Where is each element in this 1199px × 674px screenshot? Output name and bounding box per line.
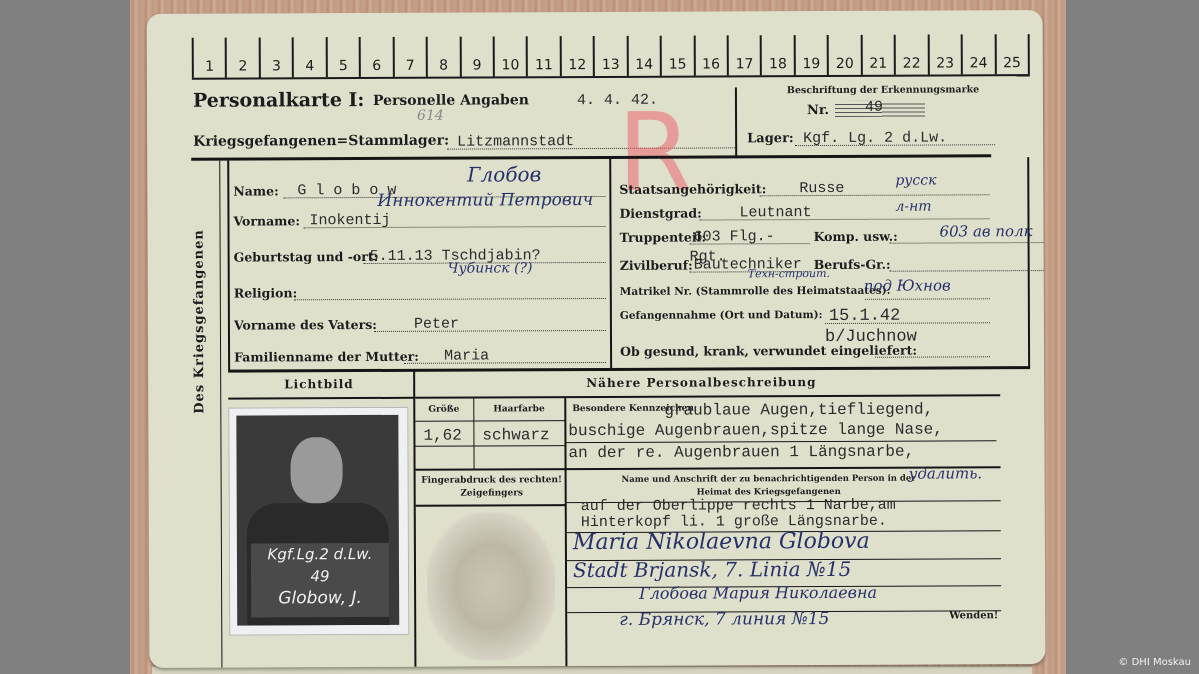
left-field-handwritten: Чубинск (?) — [448, 260, 533, 276]
left-field-label: Religion: — [234, 285, 297, 300]
left-field-value-line: Peter — [374, 312, 606, 332]
number-cell: 23 — [927, 34, 961, 74]
left-field-value: Peter — [414, 316, 459, 333]
tag-lager-value: Kgf. Lg. 2 d.Lw. — [803, 129, 947, 147]
photo-name-sign: Kgf.Lg.2 d.Lw. 49 Globow, J. — [251, 543, 389, 618]
card-title: Personalkarte I: — [193, 89, 365, 112]
left-field-value: Inokentij — [309, 212, 390, 229]
height-label: Größe — [428, 405, 459, 415]
fingerprint-label: Fingerabdruck des rechten! Zeigefingers — [421, 474, 563, 501]
right-field-label: Ob gesund, krank, verwundet eingeliefert… — [620, 343, 917, 359]
card-subtitle: Personelle Angaben — [373, 92, 529, 109]
number-cell: 24 — [961, 34, 995, 74]
number-cell: 4 — [292, 37, 326, 77]
image-credit: © DHI Moskau — [1118, 657, 1191, 668]
left-field-label: Vorname: — [233, 213, 300, 228]
prisoner-photo: Kgf.Lg.2 d.Lw. 49 Globow, J. — [228, 407, 409, 636]
right-field-handwritten: русск — [895, 173, 936, 189]
tag-header: Beschriftung der Erkennungsmarke — [787, 84, 979, 96]
sign-line-3: Globow, J. — [251, 587, 389, 610]
left-field-value: Maria — [444, 347, 489, 364]
description-header: Nähere Personalbeschreibung — [586, 375, 816, 390]
section-rule — [228, 366, 1030, 372]
height-col-rule — [473, 399, 474, 469]
right-field-value-line — [875, 338, 990, 358]
number-cell: 15 — [660, 36, 694, 76]
left-field-label: Name: — [233, 183, 278, 198]
tag-lager-label: Lager: — [747, 131, 794, 146]
hair-label: Haarfarbe — [493, 404, 544, 414]
number-cell: 22 — [894, 35, 928, 75]
right-field-handwritten: под Юхнов — [864, 276, 951, 294]
number-cell: 17 — [727, 35, 761, 75]
contact-line-3: Глобова Мария Николаевна — [639, 583, 877, 603]
right-field-value: Leutnant — [739, 204, 811, 221]
turn-over-note: Wenden! — [949, 610, 998, 621]
number-cell: 10 — [493, 36, 527, 76]
camp-field: Litzmannstadt — [447, 129, 737, 149]
table-row-rule — [415, 445, 565, 447]
contact-handwritten-note: удалить. — [909, 464, 983, 482]
number-cell: 14 — [626, 36, 660, 76]
right-field-handwritten: Техн-строит. — [748, 267, 830, 280]
right-field-label-secondary: Komp. usw.: — [814, 229, 898, 244]
photo-header-rule — [228, 397, 414, 400]
sign-line-2: 49 — [251, 565, 389, 588]
right-field-label: Staatsangehörigkeit: — [619, 181, 766, 197]
right-field-value-line: 15.1.42 b/Juchnow — [825, 304, 990, 324]
side-label: Des Kriegsgefangenen — [192, 229, 208, 414]
number-cell: 3 — [259, 37, 293, 77]
tag-nr-value: 49 — [865, 99, 883, 116]
left-field-value-line — [294, 280, 606, 300]
number-cell: 19 — [794, 35, 828, 75]
contact-line-2: Stadt Brjansk, 7. Linia №15 — [573, 557, 851, 582]
left-field-handwritten: Глобов — [467, 162, 541, 186]
right-field-label: Zivilberuf: — [620, 258, 693, 273]
right-field-handwritten: 603 ав полк — [939, 222, 1032, 240]
photo-right-rule — [413, 371, 416, 667]
table-header-rule — [415, 420, 565, 422]
pencil-note: 614 — [417, 108, 444, 124]
fingerprint-rule — [416, 504, 566, 507]
left-box-rule — [227, 161, 230, 371]
hair-value: schwarz — [482, 426, 549, 444]
number-cell: 21 — [860, 35, 894, 75]
number-cell: 5 — [325, 37, 359, 77]
fingerprint-impression — [427, 512, 556, 661]
left-field-value-line: Inokentij — [303, 208, 605, 228]
left-field-label: Vorname des Vaters: — [234, 317, 377, 333]
personnel-card: 1234567891011121314151617181920212223242… — [147, 10, 1046, 668]
number-cell: 12 — [559, 36, 593, 76]
camp-value: Litzmannstadt — [457, 133, 574, 151]
marks-line-1: graublaue Augen,tiefliegend, — [664, 401, 933, 420]
left-field-handwritten: Иннокентий Петрович — [377, 190, 593, 211]
camp-label: Kriegsgefangenen=Stammlager: — [193, 133, 449, 150]
number-cell: 13 — [593, 36, 627, 76]
height-value: 1,62 — [423, 427, 461, 445]
right-field-secondary-line — [890, 252, 1046, 272]
left-field-label: Geburtstag und -ort: — [234, 249, 379, 265]
number-cell: 25 — [994, 34, 1030, 74]
right-field-value-line: Leutnant — [699, 200, 989, 220]
number-cell: 2 — [225, 37, 259, 77]
number-cell: 11 — [526, 36, 560, 76]
number-cell: 18 — [760, 35, 794, 75]
contact-line-4: г. Брянск, 7 линия №15 — [619, 609, 829, 630]
contact-line-1: Maria Nikolaevna Globova — [573, 529, 870, 555]
number-cell: 20 — [827, 35, 861, 75]
number-cell: 16 — [693, 35, 727, 75]
photo-head — [290, 437, 342, 503]
number-cell: 7 — [392, 37, 426, 77]
header-rule — [191, 154, 991, 160]
tag-lager-field: Kgf. Lg. 2 d.Lw. — [795, 126, 995, 146]
number-row: 1234567891011121314151617181920212223242… — [192, 34, 1030, 80]
marks-line-3: an der re. Augenbrauen 1 Längsnarbe, — [568, 443, 914, 463]
number-cell: 8 — [426, 37, 460, 77]
left-field-value-line: Maria — [404, 344, 606, 364]
right-field-value: Russe — [799, 180, 844, 197]
left-field-label: Familienname der Mutter: — [234, 349, 419, 365]
marks-line-2: buschige Augenbrauen,spitze lange Nase, — [568, 420, 943, 440]
right-field-value-line: 603 Flg.-Rgt. — [690, 225, 810, 245]
sign-line-1: Kgf.Lg.2 d.Lw. — [251, 543, 389, 566]
photo-header: Lichtbild — [284, 377, 354, 391]
number-cell: 6 — [359, 37, 393, 77]
header-divider — [735, 87, 737, 157]
side-rule — [219, 161, 222, 668]
middle-rule — [609, 159, 612, 369]
right-field-label: Gefangennahme (Ort und Datum): — [620, 309, 823, 322]
number-cell: 9 — [459, 36, 493, 76]
right-field-handwritten: л-нт — [895, 199, 931, 215]
number-cell: 1 — [192, 38, 226, 78]
description-header-rule — [415, 394, 1000, 399]
right-field-label: Dienstgrad: — [619, 206, 701, 221]
right-field-value-line: Russe — [759, 176, 989, 196]
tag-nr-label: Nr. — [807, 103, 829, 118]
right-field-label: Matrikel Nr. (Stammrolle des Heimatstaat… — [620, 285, 891, 298]
